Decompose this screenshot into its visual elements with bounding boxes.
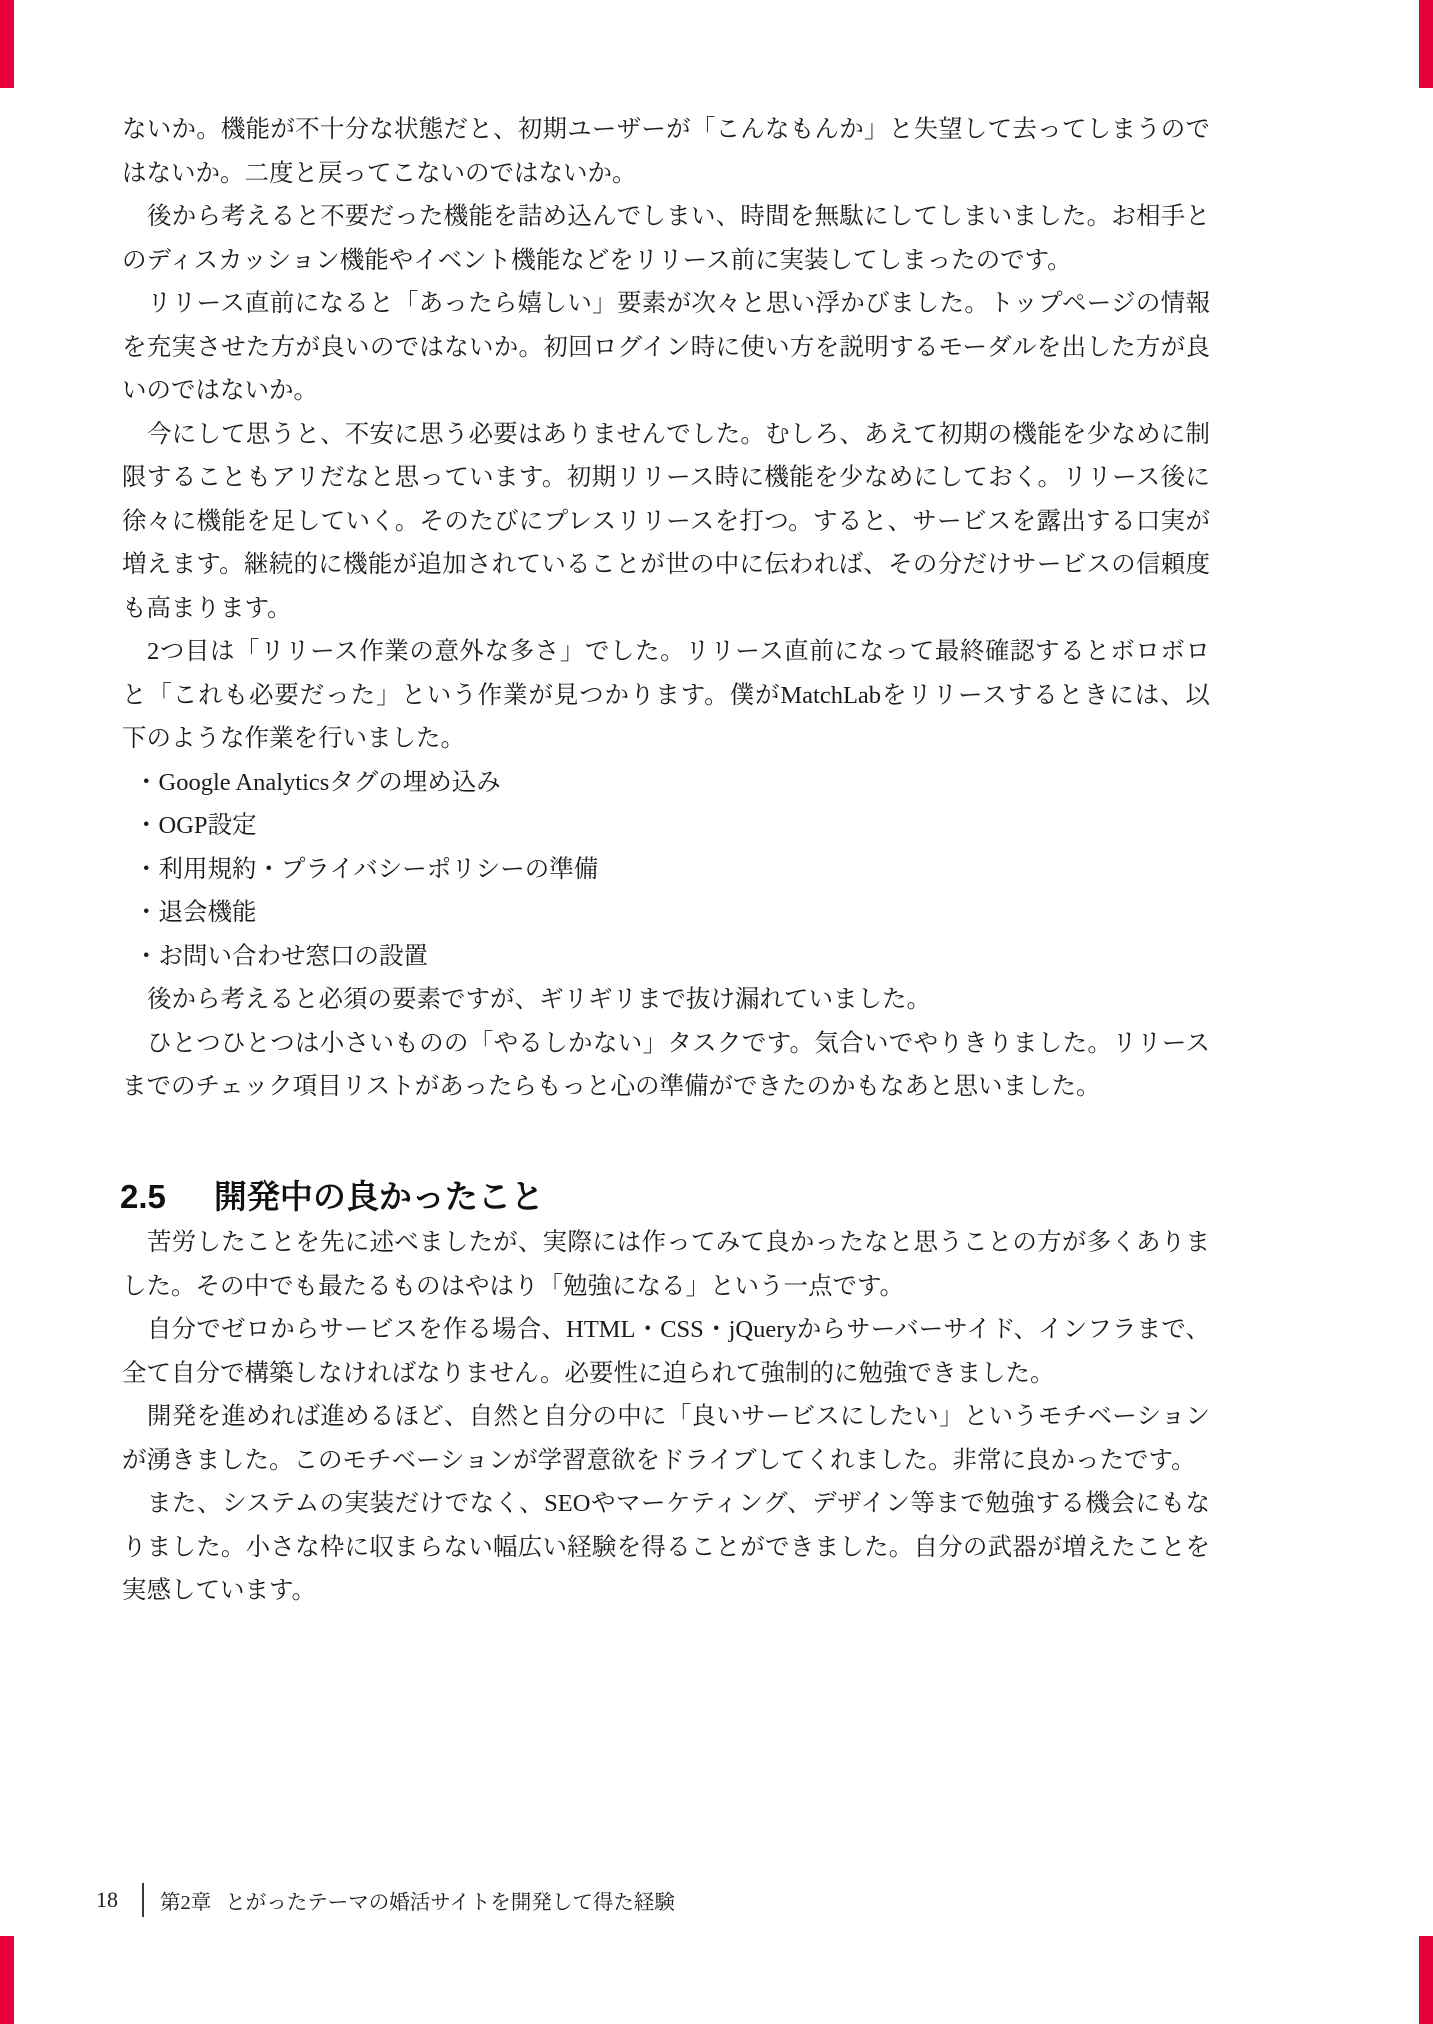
text-line: 今にして思うと、不安に思う必要はありませんでした。むしろ、あえて初期の機能を少な… xyxy=(122,413,1210,457)
text-line: を充実させた方が良いのではないか。初回ログイン時に使い方を説明するモーダルを出し… xyxy=(122,326,1210,370)
text-line: 限することもアリだなと思っています。初期リリース時に機能を少なめにしておく。リリ… xyxy=(122,456,1210,500)
footer-divider-line xyxy=(142,1883,144,1917)
text-line: また、システムの実装だけでなく、SEOやマーケティング、デザイン等まで勉強する機… xyxy=(122,1482,1210,1526)
bleed-mark-top-right xyxy=(1419,0,1433,88)
text-line: 徐々に機能を足していく。そのたびにプレスリリースを打つ。すると、サービスを露出す… xyxy=(122,500,1210,544)
text-line: 自分でゼロからサービスを作る場合、HTML・CSS・jQueryからサーバーサイ… xyxy=(122,1308,1210,1352)
text-line: と「これも必要だった」という作業が見つかります。僕がMatchLabをリリースす… xyxy=(122,674,1210,718)
footer-chapter-line: 第2章とがったテーマの婚活サイトを開発して得た経験 xyxy=(160,1885,675,1915)
text-line: 苦労したことを先に述べましたが、実際には作ってみて良かったなと思うことの方が多く… xyxy=(122,1221,1210,1265)
text-line: が湧きました。このモチベーションが学習意欲をドライブしてくれました。非常に良かっ… xyxy=(122,1439,1210,1483)
section-title: 開発中の良かったこと xyxy=(214,1178,544,1215)
chapter-label: 第2章 xyxy=(160,1892,211,1914)
chapter-title: とがったテーマの婚活サイトを開発して得た経験 xyxy=(225,1892,675,1914)
text-line: 増えます。継続的に機能が追加されていることが世の中に伝われば、その分だけサービス… xyxy=(122,543,1210,587)
text-line: 2つ目は「リリース作業の意外な多さ」でした。リリース直前になって最終確認するとボ… xyxy=(122,630,1210,674)
text-line: までのチェック項目リストがあったらもっと心の準備ができたのかもなあと思いました。 xyxy=(122,1065,1210,1109)
text-line: した。その中でも最たるものはやはり「勉強になる」という一点です。 xyxy=(122,1265,1210,1309)
bleed-mark-top-left xyxy=(0,0,14,88)
bullet-line: ・お問い合わせ窓口の設置 xyxy=(122,935,1210,979)
body-text-block-1: ないか。機能が不十分な状態だと、初期ユーザーが「こんなもんか」と失望して去ってし… xyxy=(122,108,1210,1109)
bullet-line: ・OGP設定 xyxy=(122,804,1210,848)
bullet-line: ・利用規約・プライバシーポリシーの準備 xyxy=(122,848,1210,892)
text-line: 後から考えると不要だった機能を詰め込んでしまい、時間を無駄にしてしまいました。お… xyxy=(122,195,1210,239)
text-line: のディスカッション機能やイベント機能などをリリース前に実装してしまったのです。 xyxy=(122,239,1210,283)
section-number: 2.5 xyxy=(120,1178,166,1215)
page-footer: 18 第2章とがったテーマの婚活サイトを開発して得た経験 xyxy=(96,1882,675,1918)
text-line: 全て自分で構築しなければなりません。必要性に迫られて強制的に勉強できました。 xyxy=(122,1352,1210,1396)
text-line: リリース直前になると「あったら嬉しい」要素が次々と思い浮かびました。トップページ… xyxy=(122,282,1210,326)
text-line: いのではないか。 xyxy=(122,369,1210,413)
text-line: 下のような作業を行いました。 xyxy=(122,717,1210,761)
section-heading: 2.5開発中の良かったこと xyxy=(120,1175,544,1219)
bullet-line: ・Google Analyticsタグの埋め込み xyxy=(122,761,1210,805)
book-page: ないか。機能が不十分な状態だと、初期ユーザーが「こんなもんか」と失望して去ってし… xyxy=(0,0,1433,2024)
text-line: も高まります。 xyxy=(122,587,1210,631)
text-line: 実感しています。 xyxy=(122,1569,1210,1613)
bullet-line: ・退会機能 xyxy=(122,891,1210,935)
text-line: りました。小さな枠に収まらない幅広い経験を得ることができました。自分の武器が増え… xyxy=(122,1526,1210,1570)
text-line: はないか。二度と戻ってこないのではないか。 xyxy=(122,152,1210,196)
text-line: ひとつひとつは小さいものの「やるしかない」タスクです。気合いでやりきりました。リ… xyxy=(122,1022,1210,1066)
page-number: 18 xyxy=(96,1887,126,1913)
text-line: 後から考えると必須の要素ですが、ギリギリまで抜け漏れていました。 xyxy=(122,978,1210,1022)
bleed-mark-bottom-left xyxy=(0,1936,14,2024)
text-line: 開発を進めれば進めるほど、自然と自分の中に「良いサービスにしたい」というモチベー… xyxy=(122,1395,1210,1439)
text-line: ないか。機能が不十分な状態だと、初期ユーザーが「こんなもんか」と失望して去ってし… xyxy=(122,108,1210,152)
bleed-mark-bottom-right xyxy=(1419,1936,1433,2024)
body-text-block-2: 苦労したことを先に述べましたが、実際には作ってみて良かったなと思うことの方が多く… xyxy=(122,1221,1210,1613)
